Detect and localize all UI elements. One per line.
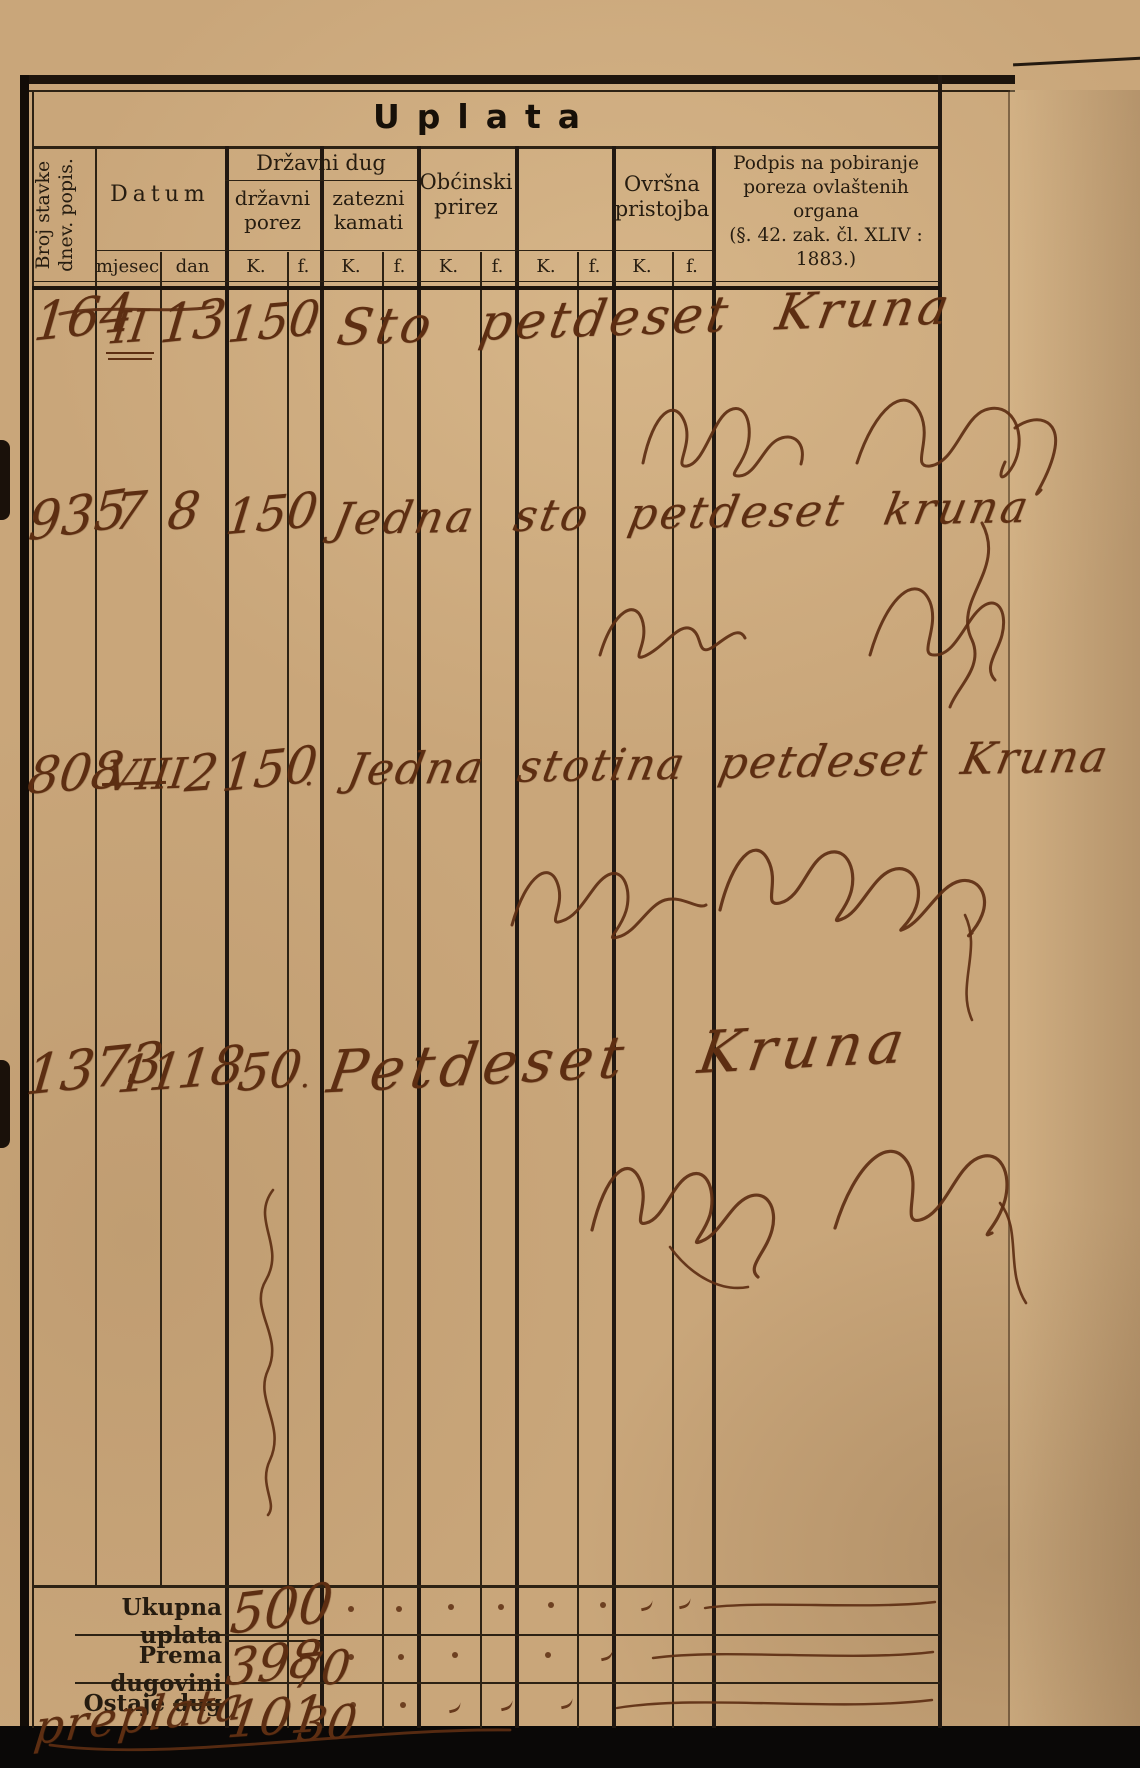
binding-mark <box>0 440 10 520</box>
subheader-rule <box>320 250 417 251</box>
ink-mark <box>559 1695 575 1710</box>
subheader-k: K. <box>612 256 672 278</box>
col-header-obcinski-prirez: Obćinski prirez <box>417 170 515 220</box>
ink-mark <box>600 1602 606 1608</box>
subheader-f: f. <box>672 256 712 278</box>
subheader-f: f. <box>577 256 612 278</box>
right-margin-shade <box>1010 90 1140 1726</box>
subheader-dan: dan <box>160 256 225 278</box>
page-title: Uplata <box>250 97 720 137</box>
subheader-mjesec: mjesec <box>95 256 160 278</box>
signature-flourish <box>580 1135 790 1305</box>
signature-flourish <box>635 388 825 483</box>
signature-flourish <box>500 845 720 950</box>
subheader-f: f. <box>480 256 515 278</box>
col-line <box>95 146 97 1585</box>
subheader-rule <box>95 250 225 251</box>
ink-mark <box>348 1606 354 1612</box>
col-line <box>417 146 421 1728</box>
podpis-line: organa <box>793 201 859 222</box>
entry-amount-words: Petdeset Kruna <box>324 1012 914 1101</box>
subheader-f: f. <box>382 256 417 278</box>
col-line <box>382 252 384 1728</box>
ink-dash <box>700 1596 940 1616</box>
ink-dash <box>648 1644 938 1666</box>
entry-day: 8 <box>165 484 203 538</box>
summary-label-ukupna: Ukupna uplata <box>60 1594 222 1649</box>
entry-porez-k: 50 <box>235 1043 305 1099</box>
podpis-line: poreza ovlaštenih <box>743 177 909 198</box>
col-header-broj-line2: dnev. popis. <box>55 158 77 272</box>
subheader-rule <box>612 250 712 251</box>
col-header-drzavni-dug: Državni dug <box>225 151 417 176</box>
col-line <box>160 252 162 1585</box>
col-line <box>577 252 579 1728</box>
ink-mark <box>498 1604 504 1610</box>
entry-month: II <box>109 305 150 352</box>
entry-month: VIII <box>103 752 189 797</box>
signature-flourish <box>820 1108 1070 1318</box>
top-rule-thin <box>20 90 1015 92</box>
entry-month: 7 <box>111 484 149 538</box>
ink-mark <box>548 1602 554 1608</box>
ink-dash <box>612 1692 938 1716</box>
title-underline <box>32 146 940 149</box>
subheader-rule <box>515 250 612 251</box>
entry-amount-words: Jedna stotina petdeset Kruna <box>344 735 1113 792</box>
entry-amount-words: Sto petdeset Kruna <box>334 281 957 353</box>
podpis-line: (§. 42. zak. čl. XLIV : <box>729 225 923 246</box>
scanned-tax-booklet-page: Uplata Broj stavke dnev. popis. Datum Dr… <box>0 0 1140 1768</box>
col-header-podpis: Podpis na pobiranje poreza ovlaštenih or… <box>716 152 936 272</box>
ink-mark <box>545 1652 551 1658</box>
signature-flourish <box>585 585 760 680</box>
subheader-k: K. <box>417 256 480 278</box>
ink-mark <box>400 1702 406 1708</box>
subheader-rule <box>417 250 515 251</box>
ink-underline <box>108 358 152 360</box>
ink-mark <box>398 1654 404 1660</box>
podpis-line: 1883.) <box>796 249 856 270</box>
col-header-broj-line1: Broj stavke <box>32 161 54 270</box>
col-header-drzavni-porez: državni porez <box>225 186 320 234</box>
left-frame-bar <box>20 75 29 1728</box>
ink-flourish <box>238 1185 298 1520</box>
ink-mark <box>639 1597 655 1612</box>
subheader-f: f. <box>287 256 320 278</box>
ink-mark <box>396 1606 402 1612</box>
subheader-k: K. <box>320 256 382 278</box>
col-header-broj: Broj stavke dnev. popis. <box>32 145 94 285</box>
subheader-rule <box>225 250 320 251</box>
summary-top-rule <box>32 1585 940 1588</box>
col-line <box>225 146 229 1728</box>
ink-mark <box>677 1595 693 1610</box>
entry-porez-f: · <box>300 1072 310 1102</box>
entry-day: 13 <box>157 292 228 352</box>
entry-day: 2 <box>182 747 221 800</box>
subheader-k: K. <box>225 256 287 278</box>
signature-flourish <box>855 560 1015 690</box>
ink-mark <box>348 1654 354 1660</box>
binding-mark <box>0 1060 10 1148</box>
col-header-zatezni-kamati: zatezni kamati <box>320 186 417 234</box>
ink-mark <box>350 1702 356 1708</box>
drzavni-dug-underline <box>225 180 417 181</box>
col-line <box>480 252 482 1728</box>
col-header-ovrsna-pristojba: Ovršna pristojba <box>612 172 712 222</box>
adjacent-page-edge-top <box>1013 57 1140 67</box>
ink-mark <box>452 1652 458 1658</box>
podpis-line: Podpis na pobiranje <box>733 153 919 174</box>
top-rule-thick <box>20 75 1015 84</box>
entry-porez-f: · <box>304 318 314 348</box>
entry-porez-k: 150 <box>223 486 320 543</box>
col-header-datum: Datum <box>95 182 225 208</box>
ink-mark <box>448 1604 454 1610</box>
entry-porez-f: · <box>304 770 314 800</box>
ink-underline <box>106 352 154 354</box>
subheader-k: K. <box>515 256 577 278</box>
col-line <box>320 146 324 1728</box>
